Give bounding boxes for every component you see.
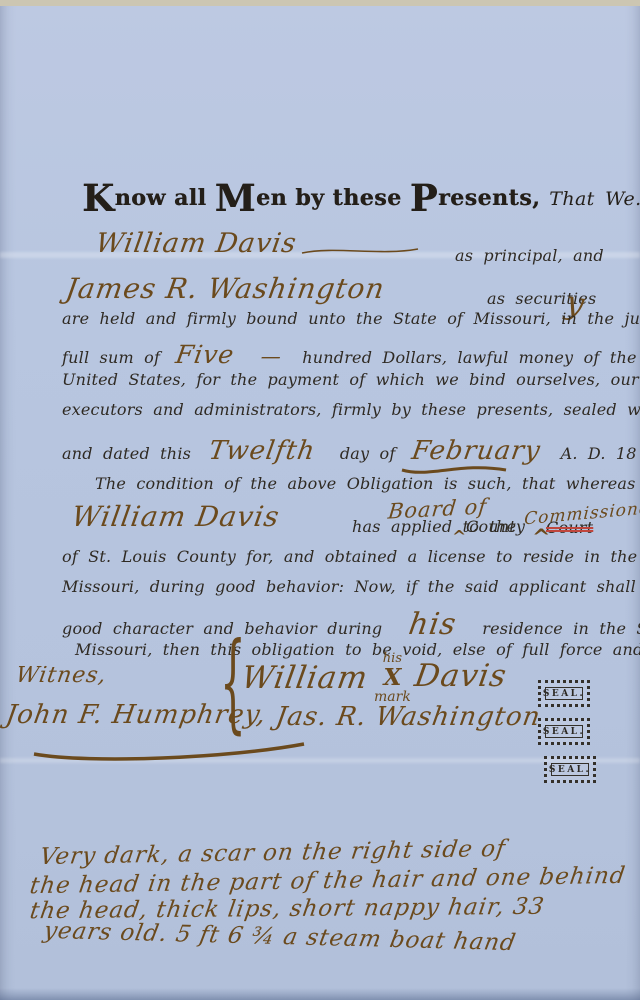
body-line-3: United States, for the payment of which … (62, 370, 640, 389)
document-title: Know all Men by these Presents,That We. (82, 184, 640, 214)
date-line: and dated this Twelfth day of February A… (62, 436, 640, 466)
day-handwritten: Twelfth (207, 436, 318, 466)
body-line-9: Missouri, during good behavior: Now, if … (62, 577, 640, 596)
body-line-1: are held and firmly bound unto the State… (62, 309, 640, 328)
body-line-2-post: hundred Dollars, lawful money of the (302, 348, 636, 367)
body-line-10-post: residence in the State of (482, 619, 640, 638)
seal-stamp-1: SEAL. (538, 680, 590, 707)
flourish-under-witness (30, 740, 310, 762)
title-word-3: resents, (438, 185, 540, 211)
title-trailing: That We. (549, 188, 640, 210)
amount-handwritten: Five (174, 340, 237, 369)
security-signature-handwritten: Jas. R. Washington (276, 702, 541, 732)
his-mark-x: his X mark (374, 652, 411, 704)
witness-label-text: Witnes, (14, 663, 109, 688)
date-line-pre: and dated this (62, 444, 191, 463)
body-line-4: executors and administrators, firmly by … (62, 400, 640, 419)
applicant-name-handwritten: William Davis (72, 500, 280, 533)
security-name-text: James R. Washington (63, 272, 387, 305)
insertion-caret-1: ^ (452, 527, 466, 547)
principal-signature-first-text: William (239, 660, 371, 696)
description-line-1-text: Very dark, a scar on the right side of (38, 836, 507, 870)
flourish-after-principal (300, 244, 420, 258)
his-handwritten: his (406, 607, 459, 642)
security-name-handwritten: James R. Washington (66, 272, 385, 305)
x-mark: X (383, 666, 401, 689)
seal-stamp-2: SEAL. (538, 718, 590, 745)
ornate-initial-m: M (215, 176, 256, 220)
county-word: County (466, 517, 525, 536)
document-page: Know all Men by these Presents,That We. … (0, 0, 640, 1000)
body-line-11: Missouri, then this obligation to be voi… (75, 640, 640, 659)
security-signature-text: Jas. R. Washington (274, 702, 543, 732)
body-line-2-pre: full sum of (62, 348, 160, 367)
principal-signature-last-text: Davis (412, 658, 509, 694)
paper-top-edge (0, 0, 640, 6)
paper-bottom-shadow (0, 988, 640, 1000)
struck-court-word: Court (546, 518, 593, 537)
seal-label-1: SEAL. (543, 689, 585, 699)
seal-stamp-3: SEAL. (544, 756, 596, 783)
description-line-4-text: years old. 5 ft 6 ¾ a steam boat hand (42, 918, 519, 956)
principal-name-handwritten: William Davis (96, 228, 297, 259)
title-word-2: en by these (256, 185, 410, 211)
body-line-8: of St. Louis County for, and obtained a … (62, 547, 640, 566)
condition-line: The condition of the above Obligation is… (95, 474, 640, 493)
amount-dash: — (259, 344, 284, 368)
body-line-10: good character and behavior during his r… (62, 607, 640, 642)
principal-signature-first: William (242, 660, 368, 696)
ornate-initial-k: K (82, 176, 115, 220)
description-line-4: years old. 5 ft 6 ¾ a steam boat hand (44, 918, 516, 956)
title-word-1: now all (115, 185, 215, 211)
ornate-initial-p: P (410, 176, 438, 220)
principal-name-text: William Davis (94, 228, 300, 259)
seal-label-2: SEAL. (543, 727, 585, 737)
date-line-ad: A. D. 18 (561, 444, 637, 463)
principal-label: as principal, and (455, 246, 604, 265)
applicant-name-text: William Davis (69, 500, 282, 533)
principal-signature-last: Davis (415, 658, 507, 694)
witness-label: Witnes, (16, 663, 107, 688)
date-line-mid: day of (340, 444, 396, 463)
description-line-1: Very dark, a scar on the right side of (40, 836, 506, 870)
body-line-2: full sum of Five — hundred Dollars, lawf… (62, 340, 637, 369)
seal-label-3: SEAL. (549, 765, 591, 775)
